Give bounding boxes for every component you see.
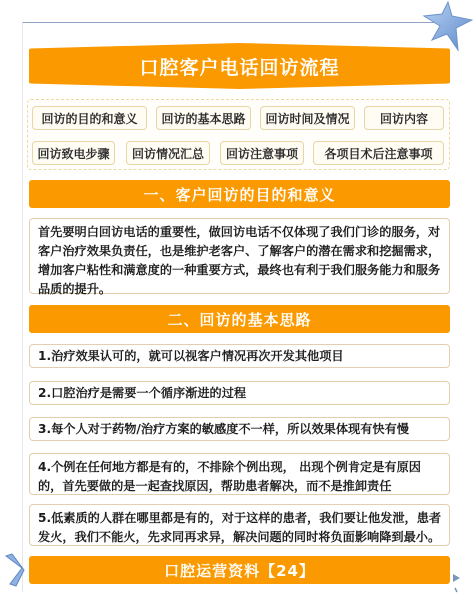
tag-summary[interactable]: 回访情况汇总 (126, 141, 210, 165)
section-1-title: 一、客户回访的目的和意义 (143, 184, 335, 205)
tag-time-situation[interactable]: 回访时间及情况 (260, 106, 355, 130)
tag-precautions[interactable]: 回访注意事项 (220, 141, 304, 165)
arrow-decor-icon (452, 573, 462, 593)
section-2-title: 二、回访的基本思路 (167, 309, 311, 330)
point-1: 1.治疗效果认可的，就可以视客户情况再次开发其他项目 (29, 344, 450, 368)
star-icon (418, 0, 473, 54)
tag-basic-approach[interactable]: 回访的基本思路 (156, 106, 251, 130)
section-1-body: 首先要明白回访电话的重要性，做回访电话不仅体现了我们门诊的服务，对客户治疗效果负… (29, 218, 450, 294)
tag-content[interactable]: 回访内容 (364, 106, 444, 130)
chevron-decor-icon (4, 552, 26, 588)
footer-banner: 口腔运营资料【24】 (29, 556, 450, 584)
footer-label: 口腔运营资料【24】 (164, 560, 315, 581)
section-2-header: 二、回访的基本思路 (29, 305, 450, 333)
page: 口腔客户电话回访流程 回访的目的和意义 回访的基本思路 回访时间及情况 回访内容… (0, 0, 473, 600)
tag-postop-precautions[interactable]: 各项目术后注意事项 (313, 141, 444, 165)
section-1-header: 一、客户回访的目的和意义 (29, 180, 450, 208)
page-title: 口腔客户电话回访流程 (139, 53, 339, 80)
point-5: 5.低素质的人群在哪里都是有的，对于这样的患者，我们要让他发泄，患者发火，我们不… (29, 504, 450, 546)
point-3: 3.每个人对于药物/治疗方案的敏感度不一样，所以效果体现有快有慢 (29, 417, 450, 441)
title-banner: 口腔客户电话回访流程 (29, 43, 450, 89)
point-4: 4.个例在任何地方都是有的，不排除个例出现， 出现个例肯定是有原因的，首先要做的… (29, 453, 450, 495)
tag-call-steps[interactable]: 回访致电步骤 (32, 141, 115, 165)
point-2: 2.口腔治疗是需要一个循序渐进的过程 (29, 381, 450, 405)
tag-purpose[interactable]: 回访的目的和意义 (32, 106, 147, 130)
